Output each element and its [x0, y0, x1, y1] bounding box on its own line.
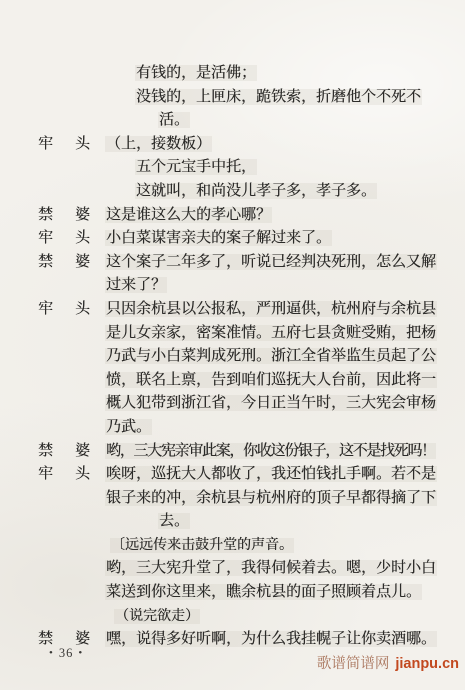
dialogue-text: 过来了？ — [105, 277, 167, 293]
script-line: 禁婆这个案子二年多了，听说已经判决死刑，怎么又解 — [38, 251, 437, 275]
speaker-char: 牢 — [38, 298, 53, 322]
script-line: 乃武。 — [105, 416, 437, 440]
script-line: 菜送到你这里来，瞧余杭县的面子照顾着点儿。 — [105, 581, 437, 605]
dialogue-text: 是儿女亲家，密案准情。五府七县贪赃受贿，把杨 — [105, 325, 437, 341]
speaker-name: 牢头 — [38, 298, 90, 322]
dialogue-text: 有钱的，是活佛； — [135, 65, 257, 81]
page-number-left-dot: • — [44, 647, 59, 659]
dialogue-text: 银子来的冲，余杭县与杭州府的顶子早都得摘了下 — [105, 490, 437, 506]
dialogue-text: 没钱的，上匣床，跪铁索，折磨他个不死不 — [135, 89, 422, 105]
speaker-char: 禁 — [38, 251, 53, 275]
script-line: 过来了？ — [105, 274, 437, 298]
page-number-value: 36 — [59, 646, 74, 660]
script-line: 这就叫，和尚没儿孝子多，孝子多。 — [135, 180, 437, 204]
script-line: 牢头只因余杭县以公报私，严刑逼供，杭州府与余杭县 — [38, 298, 437, 322]
speaker-char: 婆 — [75, 251, 90, 275]
speaker-char: 婆 — [75, 440, 90, 464]
watermark-site-url: jianpu.cn — [395, 656, 459, 672]
dialogue-text: 这个案子二年多了，听说已经判决死刑，怎么又解 — [105, 254, 437, 270]
speaker-name: 禁婆 — [38, 251, 90, 275]
dialogue-text: 唉呀，巡抚大人都收了，我还怕钱扎手啊。若不是 — [105, 466, 437, 482]
speaker-char: 头 — [75, 463, 90, 487]
dialogue-text: 去。 — [158, 513, 190, 529]
book-page: 有钱的，是活佛；没钱的，上匣床，跪铁索，折磨他个不死不活。牢头（上，接数板）五个… — [0, 0, 465, 690]
dialogue-text: 活。 — [158, 112, 190, 128]
speaker-char: 牢 — [38, 133, 53, 157]
script-line: 没钱的，上匣床，跪铁索，折磨他个不死不 — [135, 86, 437, 110]
script-line: 愤，联名上禀，告到咱们巡抚大人台前，因此将一 — [105, 369, 437, 393]
script-line: 五个元宝手中托， — [135, 156, 437, 180]
script-line: 概人犯带到浙江省，今日正当午时，三大宪会审杨 — [105, 392, 437, 416]
script-line: 去。 — [158, 510, 437, 534]
dialogue-text: 只因余杭县以公报私，严刑逼供，杭州府与余杭县 — [105, 301, 437, 317]
script-line: 牢头（上，接数板） — [38, 133, 437, 157]
dialogue-text: 乃武与小白菜判成死刑。浙江全省举监生员起了公 — [105, 348, 437, 364]
speaker-char: 头 — [75, 298, 90, 322]
speaker-char: 牢 — [38, 463, 53, 487]
dialogue-text: 哟，三大宪升堂了，我得伺候着去。嗯，少时小白 — [105, 560, 437, 576]
speaker-char: 牢 — [38, 227, 53, 251]
script-line: 牢头唉呀，巡抚大人都收了，我还怕钱扎手啊。若不是 — [38, 463, 437, 487]
stage-direction-text: 〔远远传来击鼓升堂的声音。 — [110, 538, 294, 553]
dialogue-text: 嘿，说得多好听啊，为什么我挂幌子让你卖酒哪。 — [105, 631, 437, 647]
script-line: 〔远远传来击鼓升堂的声音。 — [110, 534, 437, 558]
dialogue-text: 五个元宝手中托， — [135, 159, 257, 175]
script-line: 禁婆这是谁这么大的孝心哪？ — [38, 204, 437, 228]
dialogue-text: 菜送到你这里来，瞧余杭县的面子照顾着点儿。 — [105, 584, 422, 600]
script-line: 牢头小白菜谋害亲夫的案子解过来了。 — [38, 227, 437, 251]
speaker-char: 头 — [75, 133, 90, 157]
script-line: 银子来的冲，余杭县与杭州府的顶子早都得摘了下 — [105, 487, 437, 511]
speaker-char: 禁 — [38, 204, 53, 228]
script-line: 哟，三大宪升堂了，我得伺候着去。嗯，少时小白 — [105, 557, 437, 581]
dialogue-text: （上，接数板） — [105, 136, 212, 152]
speaker-char: 头 — [75, 227, 90, 251]
dialogue-text: 概人犯带到浙江省，今日正当午时，三大宪会审杨 — [105, 395, 437, 411]
dialogue-text: 愤，联名上禀，告到咱们巡抚大人台前，因此将一 — [105, 372, 437, 388]
script-line: 禁婆嘿，说得多好听啊，为什么我挂幌子让你卖酒哪。 — [38, 628, 437, 652]
watermark-site-name: 歌谱简谱网 — [317, 656, 390, 672]
script-lines: 有钱的，是活佛；没钱的，上匣床，跪铁索，折磨他个不死不活。牢头（上，接数板）五个… — [38, 62, 437, 652]
site-watermark: 歌谱简谱网jianpu.cn — [317, 652, 459, 673]
script-line: 活。 — [158, 109, 437, 133]
stage-direction-text: （说完欲走） — [114, 609, 200, 624]
script-line: 有钱的，是活佛； — [135, 62, 437, 86]
speaker-name: 禁婆 — [38, 204, 90, 228]
page-number: •36• — [44, 646, 88, 661]
script-line: 是儿女亲家，密案准情。五府七县贪赃受贿，把杨 — [105, 322, 437, 346]
page-number-right-dot: • — [73, 647, 88, 659]
script-line: （说完欲走） — [114, 605, 437, 629]
speaker-name: 牢头 — [38, 463, 90, 487]
dialogue-text: 哟，三大宪亲审此案，你收这份银子，这不是找死吗！ — [105, 443, 436, 459]
speaker-name: 牢头 — [38, 133, 90, 157]
dialogue-text: 乃武。 — [105, 419, 152, 435]
speaker-name: 牢头 — [38, 227, 90, 251]
speaker-char: 禁 — [38, 440, 53, 464]
speaker-char: 婆 — [75, 204, 90, 228]
dialogue-text: 这就叫，和尚没儿孝子多，孝子多。 — [135, 183, 377, 199]
speaker-name: 禁婆 — [38, 440, 90, 464]
dialogue-text: 这是谁这么大的孝心哪？ — [105, 207, 272, 223]
script-line: 禁婆哟，三大宪亲审此案，你收这份银子，这不是找死吗！ — [38, 440, 437, 464]
dialogue-text: 小白菜谋害亲夫的案子解过来了。 — [105, 230, 332, 246]
script-line: 乃武与小白菜判成死刑。浙江全省举监生员起了公 — [105, 345, 437, 369]
